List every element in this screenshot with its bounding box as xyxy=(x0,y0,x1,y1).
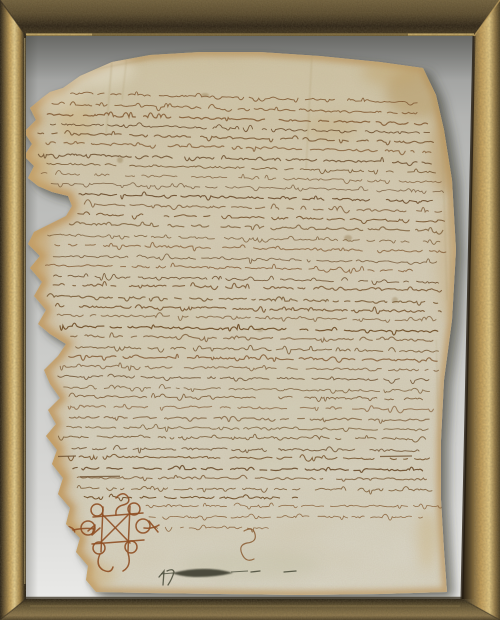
framed-manuscript-photo xyxy=(0,0,500,620)
paper-stain xyxy=(417,510,437,570)
filler-dash xyxy=(58,456,76,457)
paper-stain xyxy=(344,235,352,241)
scene-canvas xyxy=(0,0,500,620)
paper-stain xyxy=(304,115,356,141)
filler-dash xyxy=(380,456,412,457)
filler-dash xyxy=(80,476,120,477)
paper-stain xyxy=(117,157,123,163)
